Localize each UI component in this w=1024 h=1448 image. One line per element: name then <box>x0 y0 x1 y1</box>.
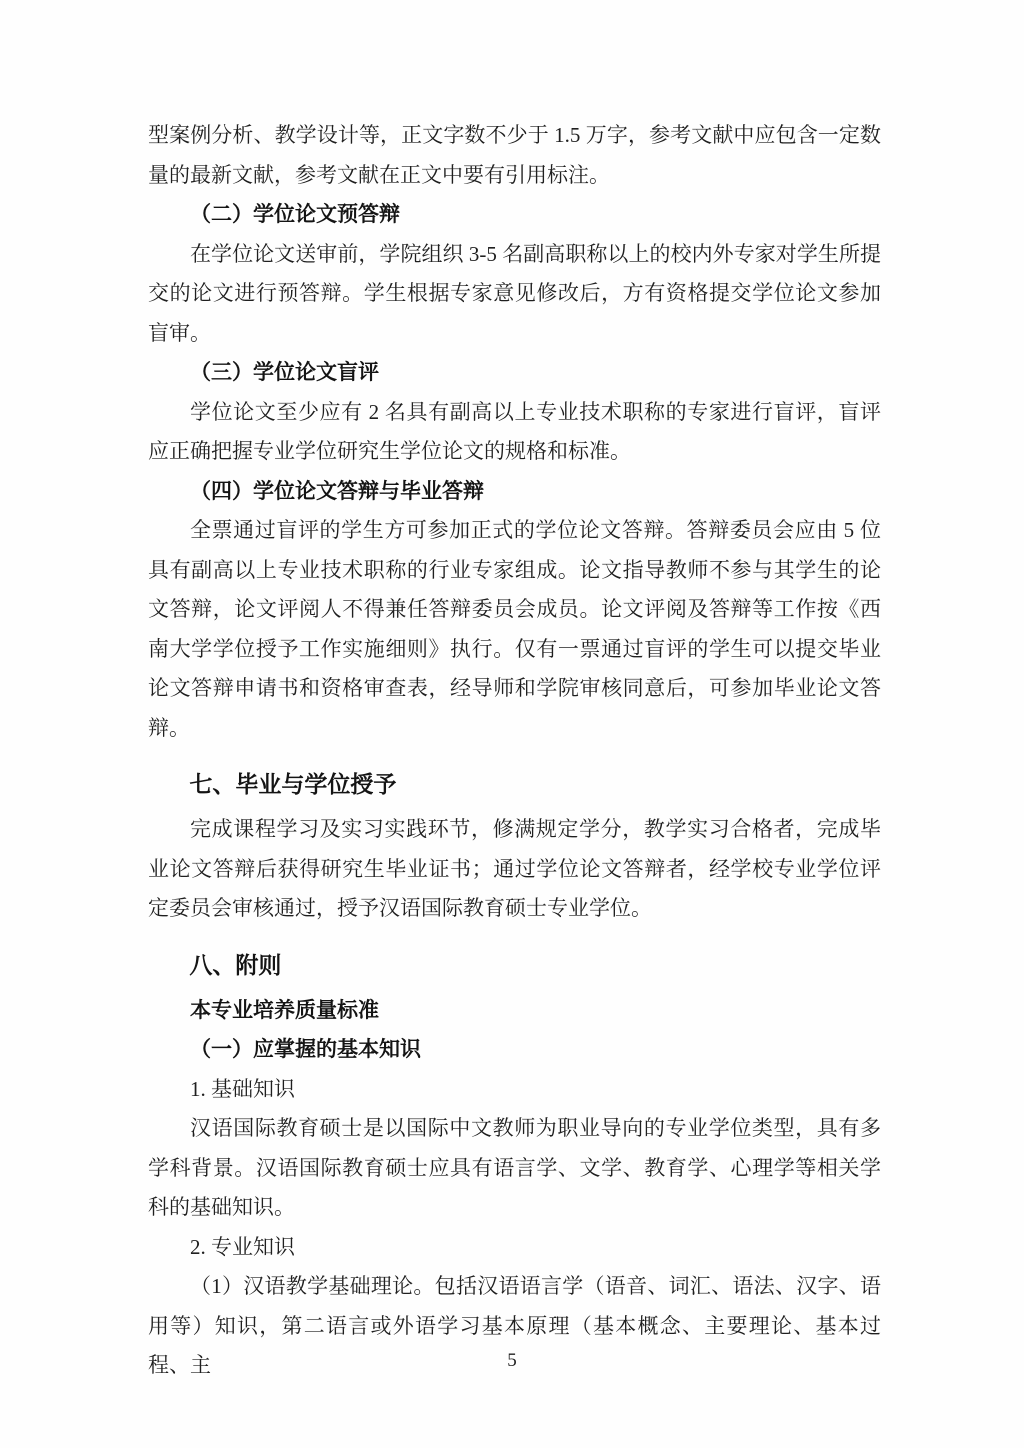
page-number: 5 <box>507 1350 517 1371</box>
paragraph-defense: 全票通过盲评的学生方可参加正式的学位论文答辩。答辩委员会应由 5 位具有副高以上… <box>148 511 881 748</box>
chapter-heading-graduation-degree: 七、毕业与学位授予 <box>148 764 881 804</box>
paragraph-blind-review: 学位论文至少应有 2 名具有副高以上专业技术职称的专家进行盲评，盲评应正确把握专… <box>148 393 881 472</box>
document-content: 型案例分析、教学设计等，正文字数不少于 1.5 万字，参考文献中应包含一定数量的… <box>148 116 881 1386</box>
list-item-professional-knowledge: 2. 专业知识 <box>148 1228 881 1268</box>
paragraph-foundational-knowledge: 汉语国际教育硕士是以国际中文教师为职业导向的专业学位类型，具有多学科背景。汉语国… <box>148 1109 881 1228</box>
list-item-foundational-knowledge: 1. 基础知识 <box>148 1070 881 1110</box>
subheading-quality-standard: 本专业培养质量标准 <box>148 991 881 1031</box>
section-heading-blind-review: （三）学位论文盲评 <box>148 353 881 393</box>
section-heading-pre-defense: （二）学位论文预答辩 <box>148 195 881 235</box>
subheading-basic-knowledge: （一）应掌握的基本知识 <box>148 1030 881 1070</box>
document-page: 型案例分析、教学设计等，正文字数不少于 1.5 万字，参考文献中应包含一定数量的… <box>0 0 1024 1448</box>
page-footer: 5 <box>0 1350 1024 1372</box>
chapter-heading-supplementary: 八、附则 <box>148 945 881 985</box>
paragraph-graduation-degree: 完成课程学习及实习实践环节，修满规定学分，教学实习合格者，完成毕业论文答辩后获得… <box>148 810 881 929</box>
paragraph-pre-defense: 在学位论文送审前，学院组织 3-5 名副高职称以上的校内外专家对学生所提交的论文… <box>148 235 881 354</box>
paragraph-thesis-requirements-continuation: 型案例分析、教学设计等，正文字数不少于 1.5 万字，参考文献中应包含一定数量的… <box>148 116 881 195</box>
section-heading-defense: （四）学位论文答辩与毕业答辩 <box>148 472 881 512</box>
